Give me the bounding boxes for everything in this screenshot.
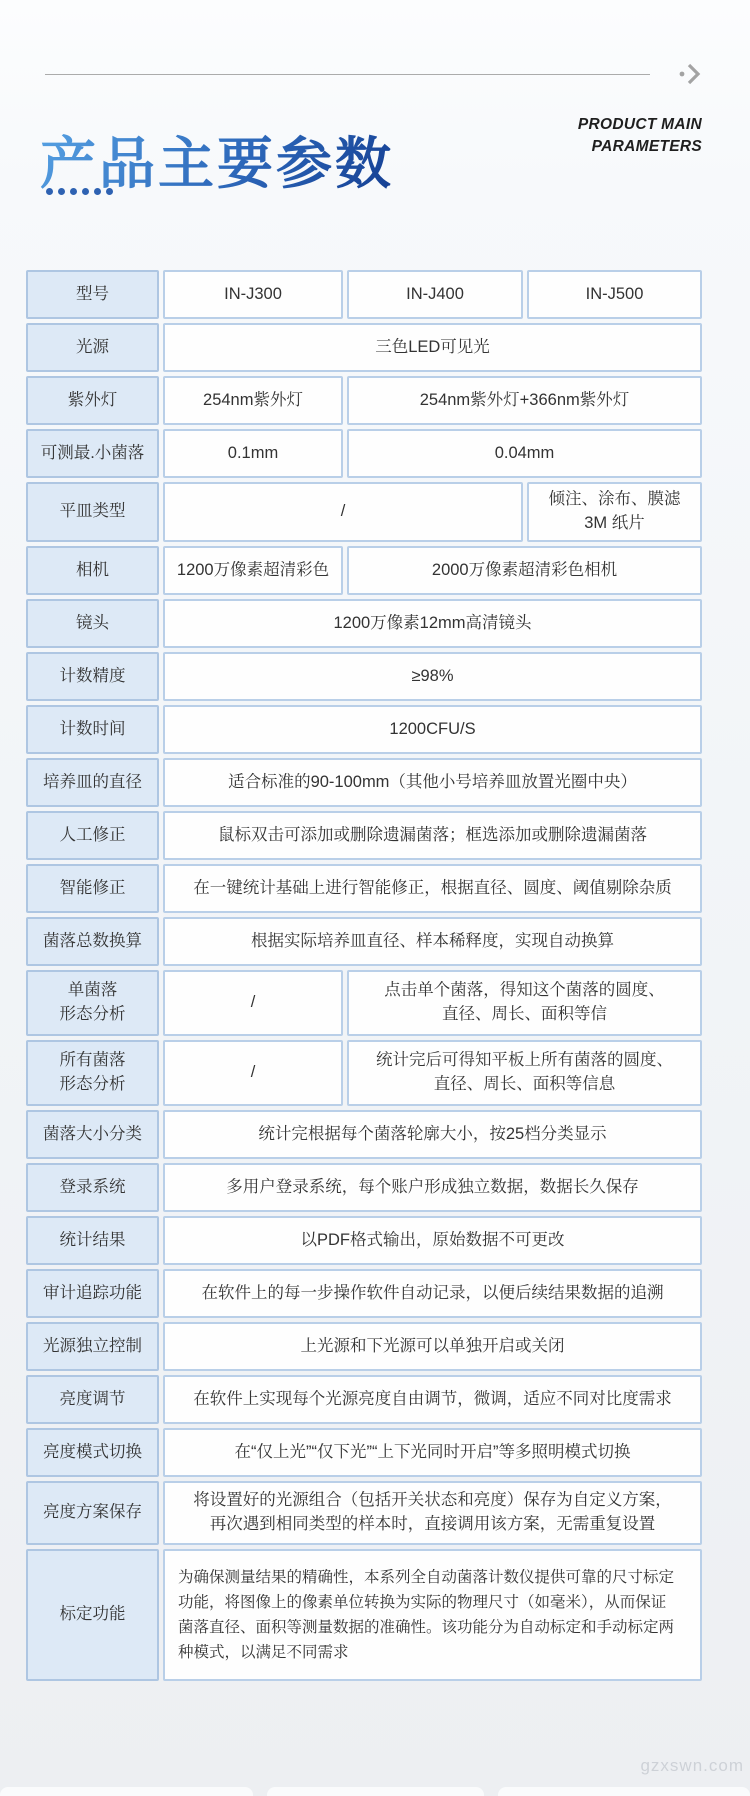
page-subtitle: PRODUCT MAIN PARAMETERS xyxy=(578,114,702,159)
table-row: 人工修正鼠标双击可添加或删除遗漏菌落；框选添加或删除遗漏菌落 xyxy=(26,811,702,860)
value-cell: 统计完后可得知平板上所有菌落的圆度、 直径、周长、面积等信息 xyxy=(347,1040,702,1106)
table-row: 型号IN-J300IN-J400IN-J500 xyxy=(26,270,702,319)
value-cell: 点击单个菌落，得知这个菌落的圆度、 直径、周长、面积等信 xyxy=(347,970,702,1036)
table-row: 亮度模式切换在“仅上光”“仅下光”“上下光同时开启”等多照明模式切换 xyxy=(26,1428,702,1477)
value-cell: 上光源和下光源可以单独开启或关闭 xyxy=(163,1322,702,1371)
row-label-cell: 人工修正 xyxy=(26,811,159,860)
dot-icon xyxy=(94,188,101,195)
table-row: 紫外灯254nm紫外灯254nm紫外灯+366nm紫外灯 xyxy=(26,376,702,425)
table-row: 计数精度≥98% xyxy=(26,652,702,701)
table-row: 相机1200万像素超清彩色2000万像素超清彩色相机 xyxy=(26,546,702,595)
row-label-cell: 光源 xyxy=(26,323,159,372)
row-label-cell: 所有菌落 形态分析 xyxy=(26,1040,159,1106)
row-label-cell: 单菌落 形态分析 xyxy=(26,970,159,1036)
value-cell: 在软件上实现每个光源亮度自由调节，微调，适应不同对比度需求 xyxy=(163,1375,702,1424)
table-row: 菌落大小分类统计完根据每个菌落轮廓大小，按25档分类显示 xyxy=(26,1110,702,1159)
bottom-card-hint xyxy=(498,1787,750,1796)
value-cell: 1200万像素12mm高清镜头 xyxy=(163,599,702,648)
value-cell: 适合标准的90-100mm（其他小号培养皿放置光圈中央） xyxy=(163,758,702,807)
table-row: 亮度方案保存将设置好的光源组合（包括开关状态和亮度）保存为自定义方案， 再次遇到… xyxy=(26,1481,702,1545)
value-cell: 统计完根据每个菌落轮廓大小，按25档分类显示 xyxy=(163,1110,702,1159)
value-cell: 多用户登录系统，每个账户形成独立数据，数据长久保存 xyxy=(163,1163,702,1212)
table-row: 光源独立控制上光源和下光源可以单独开启或关闭 xyxy=(26,1322,702,1371)
header-divider-line xyxy=(45,74,650,75)
table-row: 镜头1200万像素12mm高清镜头 xyxy=(26,599,702,648)
row-label-cell: 镜头 xyxy=(26,599,159,648)
dot-icon xyxy=(46,188,53,195)
table-row: 统计结果以PDF格式输出，原始数据不可更改 xyxy=(26,1216,702,1265)
dot-icon xyxy=(70,188,77,195)
value-cell: 1200CFU/S xyxy=(163,705,702,754)
table-row: 单菌落 形态分析/点击单个菌落，得知这个菌落的圆度、 直径、周长、面积等信 xyxy=(26,970,702,1036)
value-cell: / xyxy=(163,482,523,542)
value-cell: / xyxy=(163,1040,343,1106)
row-label-cell: 智能修正 xyxy=(26,864,159,913)
value-cell: 在“仅上光”“仅下光”“上下光同时开启”等多照明模式切换 xyxy=(163,1428,702,1477)
row-label-cell: 计数时间 xyxy=(26,705,159,754)
value-cell: 三色LED可见光 xyxy=(163,323,702,372)
table-row: 标定功能为确保测量结果的精确性，本系列全自动菌落计数仪提供可靠的尺寸标定 功能，… xyxy=(26,1549,702,1681)
spec-table: 型号IN-J300IN-J400IN-J500光源三色LED可见光紫外灯254n… xyxy=(26,270,702,1685)
value-cell: IN-J500 xyxy=(527,270,702,319)
row-label-cell: 亮度方案保存 xyxy=(26,1481,159,1545)
value-cell: 254nm紫外灯+366nm紫外灯 xyxy=(347,376,702,425)
table-row: 可测最.小菌落0.1mm0.04mm xyxy=(26,429,702,478)
table-row: 智能修正在一键统计基础上进行智能修正，根据直径、圆度、阈值剔除杂质 xyxy=(26,864,702,913)
table-row: 亮度调节在软件上实现每个光源亮度自由调节，微调，适应不同对比度需求 xyxy=(26,1375,702,1424)
row-label-cell: 审计追踪功能 xyxy=(26,1269,159,1318)
value-cell: 在软件上的每一步操作软件自动记录，以便后续结果数据的追溯 xyxy=(163,1269,702,1318)
table-row: 菌落总数换算根据实际培养皿直径、样本稀释度，实现自动换算 xyxy=(26,917,702,966)
value-cell: 2000万像素超清彩色相机 xyxy=(347,546,702,595)
value-cell: 为确保测量结果的精确性，本系列全自动菌落计数仪提供可靠的尺寸标定 功能，将图像上… xyxy=(163,1549,702,1681)
dot-icon xyxy=(106,188,113,195)
value-cell: IN-J300 xyxy=(163,270,343,319)
bottom-card-hint xyxy=(0,1787,253,1796)
watermark: gzxswn.com xyxy=(640,1756,744,1776)
value-cell: / xyxy=(163,970,343,1036)
value-cell: 倾注、涂布、膜滤 3M 纸片 xyxy=(527,482,702,542)
row-label-cell: 培养皿的直径 xyxy=(26,758,159,807)
value-cell: 以PDF格式输出，原始数据不可更改 xyxy=(163,1216,702,1265)
row-label-cell: 紫外灯 xyxy=(26,376,159,425)
table-row: 培养皿的直径适合标准的90-100mm（其他小号培养皿放置光圈中央） xyxy=(26,758,702,807)
row-label-cell: 相机 xyxy=(26,546,159,595)
bottom-card-hint xyxy=(267,1787,484,1796)
table-row: 所有菌落 形态分析/统计完后可得知平板上所有菌落的圆度、 直径、周长、面积等信息 xyxy=(26,1040,702,1106)
row-label-cell: 光源独立控制 xyxy=(26,1322,159,1371)
table-row: 光源三色LED可见光 xyxy=(26,323,702,372)
table-row: 平皿类型/倾注、涂布、膜滤 3M 纸片 xyxy=(26,482,702,542)
row-label-cell: 菌落大小分类 xyxy=(26,1110,159,1159)
value-cell: 0.04mm xyxy=(347,429,702,478)
value-cell: 鼠标双击可添加或删除遗漏菌落；框选添加或删除遗漏菌落 xyxy=(163,811,702,860)
value-cell: ≥98% xyxy=(163,652,702,701)
page-root: 产品主要参数 PRODUCT MAIN PARAMETERS 型号IN-J300… xyxy=(0,0,750,1796)
value-cell: 在一键统计基础上进行智能修正，根据直径、圆度、阈值剔除杂质 xyxy=(163,864,702,913)
row-label-cell: 登录系统 xyxy=(26,1163,159,1212)
row-label-cell: 计数精度 xyxy=(26,652,159,701)
value-cell: 0.1mm xyxy=(163,429,343,478)
value-cell: 1200万像素超清彩色 xyxy=(163,546,343,595)
row-label-cell: 型号 xyxy=(26,270,159,319)
value-cell: 将设置好的光源组合（包括开关状态和亮度）保存为自定义方案， 再次遇到相同类型的样… xyxy=(163,1481,702,1545)
title-dots-decoration xyxy=(46,188,113,195)
row-label-cell: 平皿类型 xyxy=(26,482,159,542)
row-label-cell: 标定功能 xyxy=(26,1549,159,1681)
dot-icon xyxy=(82,188,89,195)
row-label-cell: 可测最.小菌落 xyxy=(26,429,159,478)
table-row: 审计追踪功能在软件上的每一步操作软件自动记录，以便后续结果数据的追溯 xyxy=(26,1269,702,1318)
value-cell: 254nm紫外灯 xyxy=(163,376,343,425)
row-label-cell: 统计结果 xyxy=(26,1216,159,1265)
dot-icon xyxy=(58,188,65,195)
value-cell: 根据实际培养皿直径、样本稀释度，实现自动换算 xyxy=(163,917,702,966)
value-cell: IN-J400 xyxy=(347,270,523,319)
row-label-cell: 亮度模式切换 xyxy=(26,1428,159,1477)
arrow-right-icon xyxy=(678,60,706,88)
row-label-cell: 菌落总数换算 xyxy=(26,917,159,966)
table-row: 登录系统多用户登录系统，每个账户形成独立数据，数据长久保存 xyxy=(26,1163,702,1212)
row-label-cell: 亮度调节 xyxy=(26,1375,159,1424)
table-row: 计数时间1200CFU/S xyxy=(26,705,702,754)
